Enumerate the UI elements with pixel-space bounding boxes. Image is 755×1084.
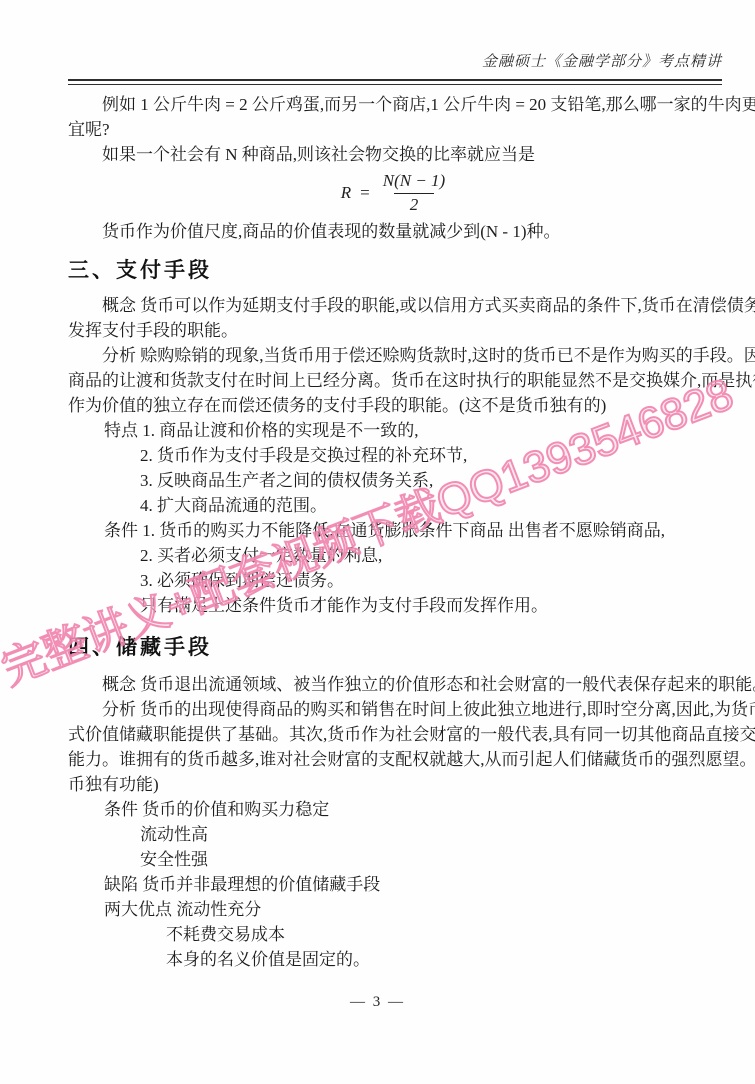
formula-fraction: N(N − 1) 2 [379, 171, 449, 215]
intro-paragraph-line: 货币作为价值尺度,商品的价值表现的数量就减少到(N - 1)种。 [68, 219, 722, 244]
features-list-item: 2. 货币作为支付手段是交换过程的补充环节, [68, 443, 722, 468]
conditions-list-item: 条件 1. 货币的购买力不能降低,在通货膨胀条件下商品 出售者不愿赊销商品, [68, 518, 722, 543]
analysis-line: 分析 赊购赊销的现象,当货币用于偿还赊购货款时,这时的货币已不是作为购买的手段。… [68, 343, 722, 368]
features-list-item: 3. 反映商品生产者之间的债权债务关系, [68, 468, 722, 493]
header-double-rule [68, 79, 722, 85]
advantages-list-item: 本身的名义价值是固定的。 [68, 947, 722, 972]
advantages-list-item: 不耗费交易成本 [68, 922, 722, 947]
analysis-line: 作为价值的独立存在而偿还债务的支付手段的职能。(这不是货币独有的) [68, 393, 722, 418]
formula-denominator: 2 [394, 193, 435, 215]
intro-paragraph-line: 例如 1 公斤牛肉 = 2 公斤鸡蛋,而另一个商店,1 公斤牛肉 = 20 支铅… [68, 92, 722, 117]
concept-line: 发挥支付手段的职能。 [68, 318, 722, 343]
conditions-list-item: 安全性强 [68, 847, 722, 872]
concept-line: 概念 货币退出流通领域、被当作独立的价值形态和社会财富的一般代表保存起来的职能。 [68, 672, 722, 697]
intro-paragraph-line: 如果一个社会有 N 种商品,则该社会物交换的比率就应当是 [68, 142, 722, 167]
section-heading-payment: 三、支付手段 [68, 257, 722, 285]
analysis-line: 分析 货币的出现使得商品的购买和销售在时间上彼此独立地进行,即时空分离,因此,为… [68, 697, 722, 722]
section-heading-store: 四、储藏手段 [68, 634, 722, 662]
exchange-ratio-formula: R = N(N − 1) 2 [68, 167, 722, 219]
formula-numerator: N(N − 1) [379, 171, 449, 193]
conditions-list-item: 3. 必须确保到期偿还债务。 [68, 568, 722, 593]
features-list-item: 特点 1. 商品让渡和价格的实现是不一致的, [68, 418, 722, 443]
document-page: 金融硕士《金融学部分》考点精讲 例如 1 公斤牛肉 = 2 公斤鸡蛋,而另一个商… [0, 0, 755, 1084]
intro-paragraph-line: 宜呢? [68, 117, 722, 142]
running-header-title: 金融硕士《金融学部分》考点精讲 [482, 50, 722, 71]
defect-line: 缺陷 货币并非最理想的价值储藏手段 [68, 872, 722, 897]
analysis-line: 商品的让渡和货款支付在时间上已经分离。货币在这时执行的职能显然不是交换媒介,而是… [68, 368, 722, 393]
conditions-summary-line: 只有满足上述条件货币才能作为支付手段而发挥作用。 [68, 593, 722, 618]
page-number: — 3 — [0, 994, 755, 1011]
conditions-list-item: 条件 货币的价值和购买力稳定 [68, 797, 722, 822]
concept-line: 概念 货币可以作为延期支付手段的职能,或以信用方式买卖商品的条件下,货币在清偿债… [68, 293, 722, 318]
conditions-list-item: 流动性高 [68, 822, 722, 847]
conditions-list-item: 2. 买者必须支付一定数量的利息, [68, 543, 722, 568]
formula-lhs: R [341, 183, 351, 203]
analysis-line: 式价值储藏职能提供了基础。其次,货币作为社会财富的一般代表,具有同一切其他商品直… [68, 722, 722, 747]
formula-equals-sign: = [360, 183, 370, 203]
analysis-line: 币独有功能) [68, 772, 722, 797]
features-list-item: 4. 扩大商品流通的范围。 [68, 493, 722, 518]
analysis-line: 能力。谁拥有的货币越多,谁对社会财富的支配权就越大,从而引起人们储藏货币的强烈愿… [68, 747, 722, 772]
advantages-list-item: 两大优点 流动性充分 [68, 897, 722, 922]
document-content: 例如 1 公斤牛肉 = 2 公斤鸡蛋,而另一个商店,1 公斤牛肉 = 20 支铅… [68, 92, 722, 972]
